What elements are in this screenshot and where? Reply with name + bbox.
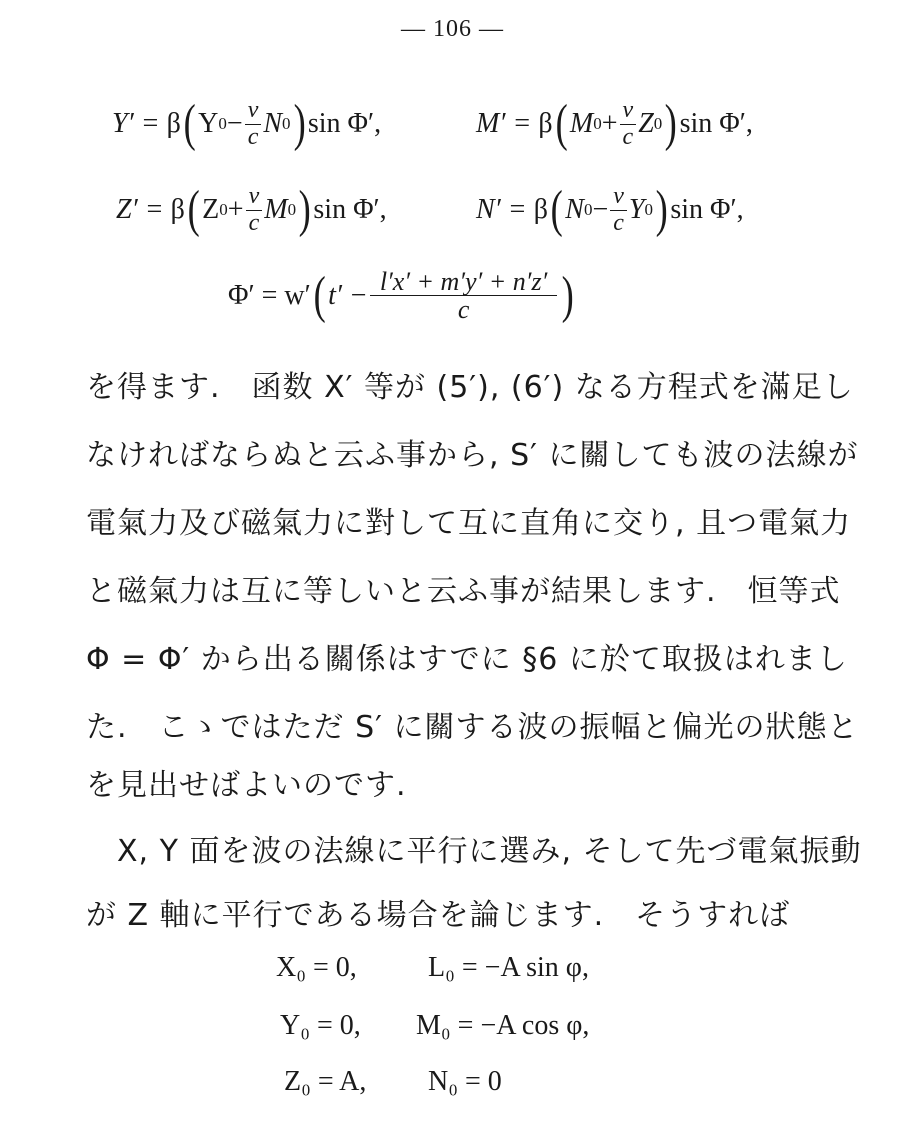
text-line-9: が Z 軸に平行である場合を論じます. そうすれば xyxy=(86,890,816,934)
equation-phi-prime: Φ′ = w′ ( t′ − l′x′ + m′y′ + n′z′c ) xyxy=(228,268,577,324)
equation-y-prime: Y′ = β ( Y0 − vc N0 ) sin Φ′, xyxy=(112,98,381,150)
term: M xyxy=(264,194,287,226)
term: Y xyxy=(629,194,645,226)
beta: β xyxy=(538,108,552,140)
lhs: N′ = xyxy=(476,194,527,226)
left-paren: ( xyxy=(551,184,563,236)
right-paren: ) xyxy=(293,98,305,150)
lhs: Y′ = xyxy=(112,108,160,140)
text-line-4: と磁氣力は互に等しいと云ふ事が結果します. 恒等式 xyxy=(86,566,816,610)
term: M xyxy=(570,108,593,140)
operator: + xyxy=(602,108,618,140)
fraction-v-over-c: vc xyxy=(246,184,263,235)
equation-n0: N₀ = 0 xyxy=(428,1066,502,1098)
equation-l0: L₀ = −A sin φ, xyxy=(428,952,589,984)
equation-m0: M₀ = −A cos φ, xyxy=(416,1010,589,1042)
denominator: c xyxy=(249,211,260,236)
left-paren: ( xyxy=(555,98,567,150)
equation-n-prime: N′ = β ( N0 − vc Y0 ) sin Φ′, xyxy=(476,184,744,236)
denominator: c xyxy=(248,125,259,150)
fraction-v-over-c: vc xyxy=(245,98,262,149)
text-line-2: なければならぬと云ふ事から, S′ に關しても波の法線が xyxy=(86,430,816,474)
left-paren: ( xyxy=(313,270,325,322)
lhs: Φ′ = w′ xyxy=(228,280,311,312)
right-paren: ) xyxy=(562,270,574,322)
text-line-1: を得ます. 函数 X′ 等が (5′), (6′) なる方程式を滿足し xyxy=(86,362,816,406)
equation-z-prime: Z′ = β ( Z0 + vc M0 ) sin Φ′, xyxy=(116,184,387,236)
numerator: v xyxy=(245,98,262,124)
subscript: 0 xyxy=(282,114,291,134)
lhs: M′ = xyxy=(476,108,531,140)
beta: β xyxy=(167,108,181,140)
operator: − xyxy=(592,194,608,226)
subscript: 0 xyxy=(219,200,228,220)
fraction-v-over-c: vc xyxy=(620,98,637,149)
operator: − xyxy=(227,108,243,140)
subscript: 0 xyxy=(584,200,593,220)
right-paren: ) xyxy=(656,184,668,236)
numerator: v xyxy=(620,98,637,124)
page-number: — 106 — xyxy=(0,16,905,43)
beta: β xyxy=(171,194,185,226)
equation-y0: Y₀ = 0, xyxy=(280,1010,361,1042)
right-paren: ) xyxy=(665,98,677,150)
tail: sin Φ′, xyxy=(313,194,386,226)
subscript: 0 xyxy=(218,114,227,134)
beta: β xyxy=(534,194,548,226)
operator: + xyxy=(228,194,244,226)
left-paren: ( xyxy=(187,184,199,236)
numerator: l′x′ + m′y′ + n′z′ xyxy=(370,268,557,296)
term: Z xyxy=(638,108,654,140)
tail: sin Φ′, xyxy=(308,108,381,140)
tail: sin Φ′, xyxy=(680,108,753,140)
left-paren: ( xyxy=(183,98,195,150)
numerator: v xyxy=(610,184,627,210)
denominator: c xyxy=(613,211,624,236)
term: N xyxy=(565,194,584,226)
subscript: 0 xyxy=(593,114,602,134)
text-line-7: を見出せばよいのです. xyxy=(86,760,816,804)
term: Z xyxy=(202,194,219,226)
text-line-8: X, Y 面を波の法線に平行に選み, そして先づ電氣振動 xyxy=(86,826,816,870)
subscript: 0 xyxy=(654,114,663,134)
subscript: 0 xyxy=(288,200,297,220)
right-paren: ) xyxy=(299,184,311,236)
term: N xyxy=(263,108,282,140)
subscript: 0 xyxy=(645,200,654,220)
tail: sin Φ′, xyxy=(670,194,743,226)
term: t′ − xyxy=(328,280,368,312)
text-line-5: Φ = Φ′ から出る關係はすでに §6 に於て取扱はれまし xyxy=(86,634,816,678)
fraction-v-over-c: vc xyxy=(610,184,627,235)
equation-x0: X₀ = 0, xyxy=(276,952,357,984)
term: Y xyxy=(198,108,218,140)
equation-m-prime: M′ = β ( M0 + vc Z0 ) sin Φ′, xyxy=(476,98,753,150)
text-line-6: た. こゝではただ S′ に關する波の振幅と偏光の狀態と xyxy=(86,702,816,746)
denominator: c xyxy=(458,296,470,323)
denominator: c xyxy=(623,125,634,150)
fraction-phase: l′x′ + m′y′ + n′z′c xyxy=(370,268,557,324)
equation-z0: Z₀ = A, xyxy=(284,1066,366,1098)
numerator: v xyxy=(246,184,263,210)
lhs: Z′ = xyxy=(116,194,164,226)
text-line-3: 電氣力及び磁氣力に對して互に直角に交り, 且つ電氣力 xyxy=(86,498,816,542)
